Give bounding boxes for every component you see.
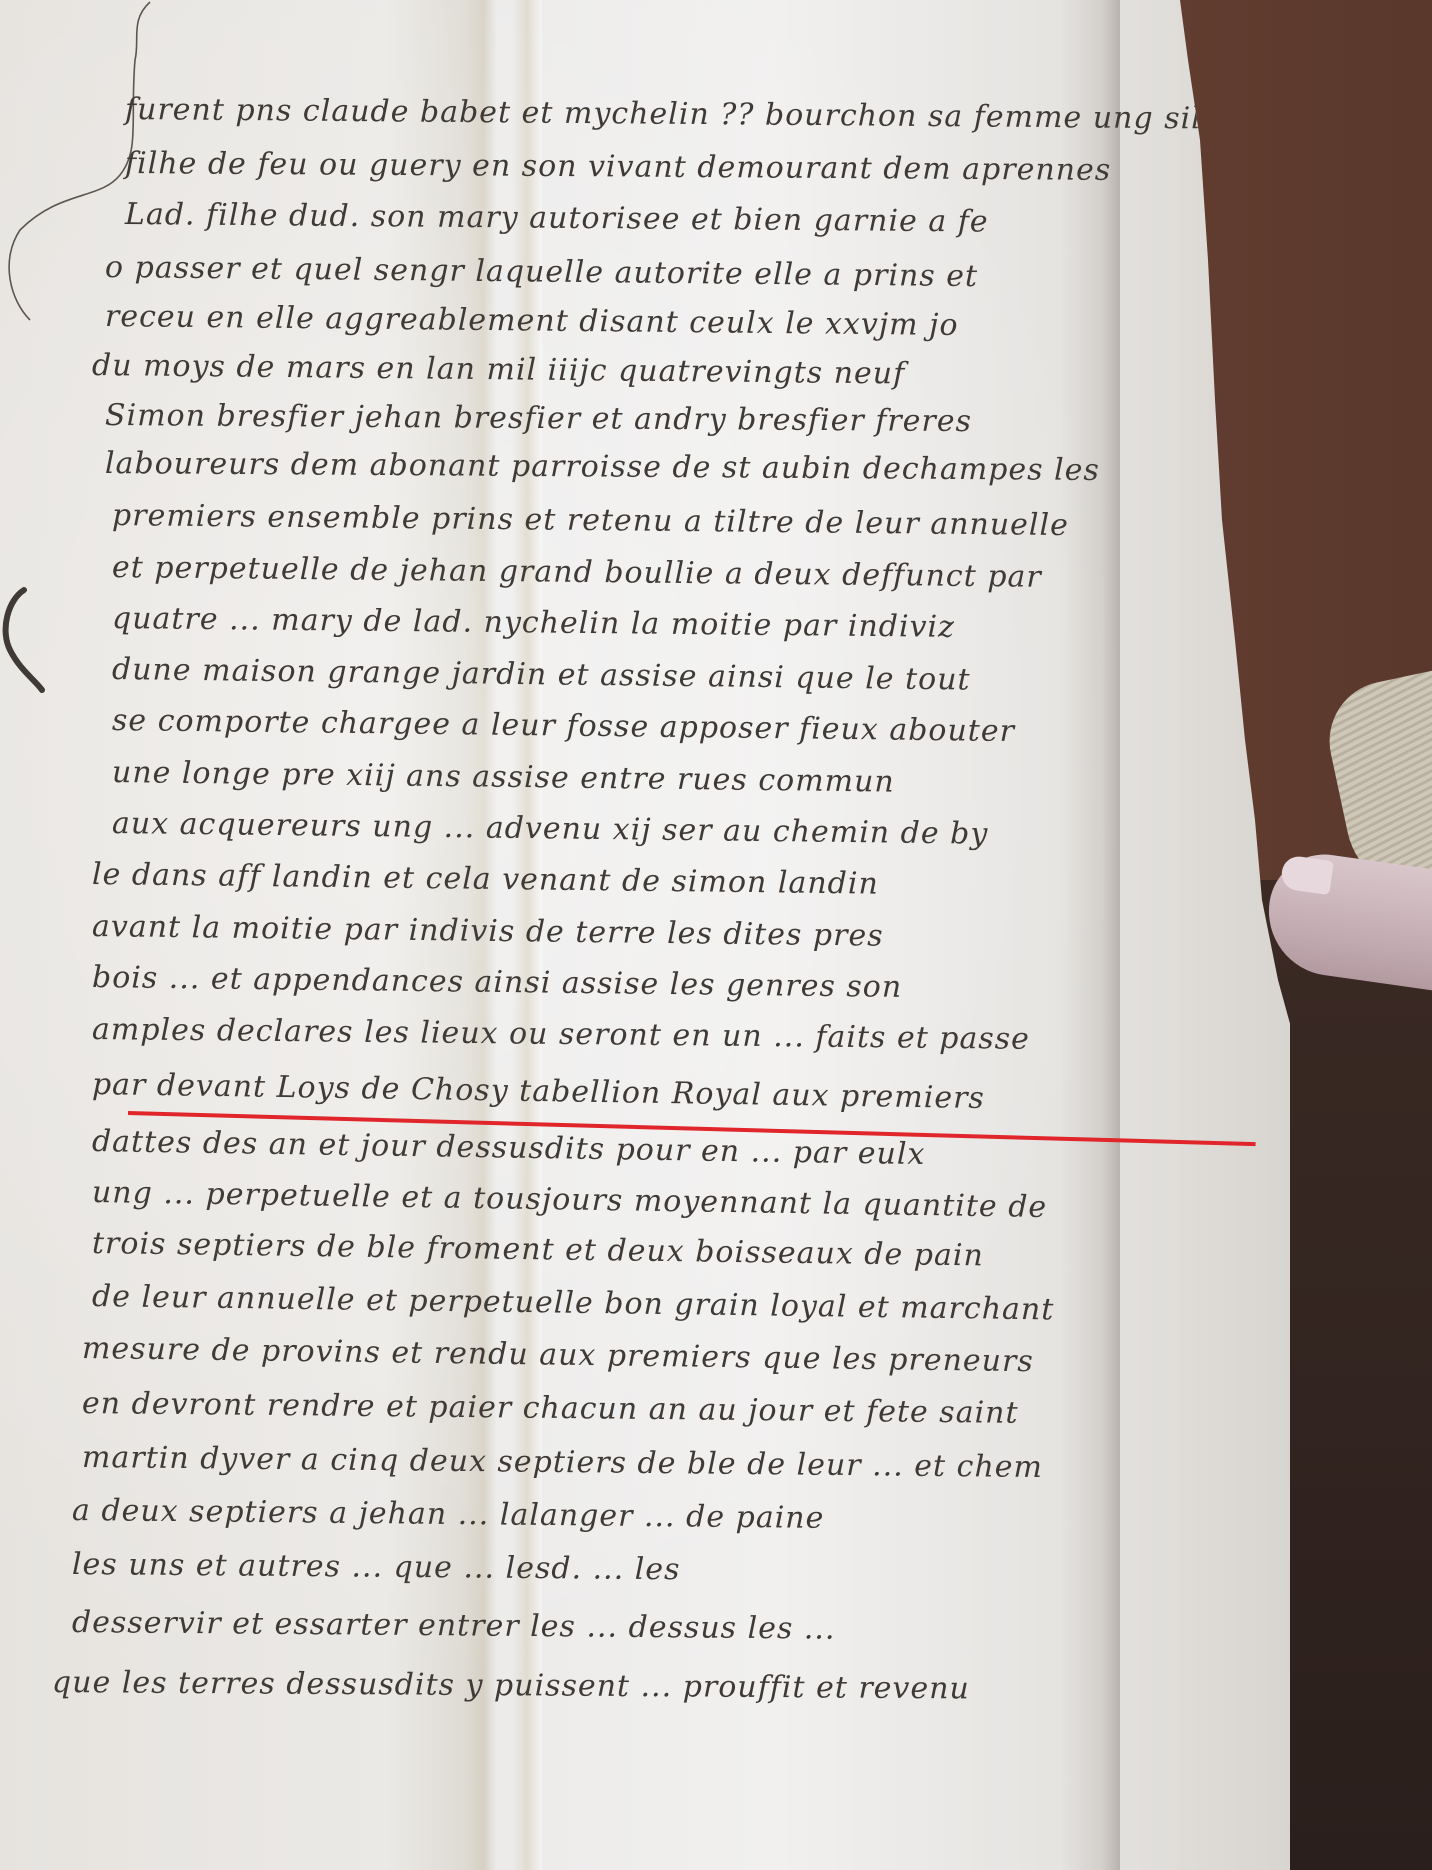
- manuscript-line: que les terres dessusdits y puissent ...…: [52, 1665, 970, 1706]
- manuscript-line: en devront rendre et paier chacun an au …: [82, 1386, 1019, 1431]
- manuscript-line: mesure de provins et rendu aux premiers …: [82, 1331, 1034, 1379]
- manuscript-line: premiers ensemble prins et retenu a tilt…: [112, 498, 1069, 543]
- manuscript-line: se comporte chargee a leur fosse apposer…: [112, 703, 1015, 749]
- manuscript-line: desservir et essarter entrer les ... des…: [72, 1605, 836, 1647]
- manuscript-line: receu en elle aggreablement disant ceulx…: [105, 299, 959, 343]
- manuscript-line: trois septiers de ble froment et deux bo…: [92, 1226, 984, 1273]
- manuscript-line: a deux septiers a jehan ... lalanger ...…: [72, 1493, 825, 1536]
- manuscript-line: avant la moitie par indivis de terre les…: [92, 909, 884, 954]
- torn-edge: [1060, 0, 1120, 1870]
- manuscript-line: de leur annuelle et perpetuelle bon grai…: [92, 1279, 1055, 1327]
- manuscript-line: Lad. filhe dud. son mary autorisee et bi…: [125, 197, 989, 240]
- manuscript-line: martin dyver a cinq deux septiers de ble…: [82, 1440, 1043, 1485]
- manuscript-line: par devant Loys de Chosy tabellion Royal…: [92, 1067, 985, 1116]
- manuscript-page: furent pns claude babet et mychelin ?? b…: [0, 0, 1290, 1870]
- manuscript-line: et perpetuelle de jehan grand boullie a …: [112, 550, 1042, 595]
- manuscript-line: du moys de mars en lan mil iiijc quatrev…: [92, 348, 906, 392]
- manuscript-line: Simon bresfier jehan bresfier et andry b…: [105, 398, 972, 439]
- manuscript-line: o passer et quel sengr laquelle autorite…: [105, 250, 978, 294]
- manuscript-line: furent pns claude babet et mychelin ?? b…: [125, 92, 1213, 136]
- manuscript-line: les uns et autres ... que ... lesd. ... …: [72, 1547, 681, 1587]
- manuscript-line: quatre ... mary de lad. nychelin la moit…: [112, 601, 955, 645]
- manuscript-line: amples declares les lieux ou seront en u…: [92, 1012, 1030, 1057]
- manuscript-line: ung ... perpetuelle et a tousjours moyen…: [92, 1175, 1048, 1225]
- fingernail: [1280, 854, 1334, 895]
- manuscript-line: dune maison grange jardin et assise ains…: [112, 652, 971, 697]
- manuscript-line: laboureurs dem abonant parroisse de st a…: [105, 446, 1100, 488]
- manuscript-line: une longe pre xiij ans assise entre rues…: [112, 755, 895, 800]
- manuscript-line: le dans aff landin et cela venant de sim…: [92, 857, 879, 902]
- manuscript-line: aux acquereurs ung ... advenu xij ser au…: [112, 806, 989, 852]
- manuscript-line: bois ... et appendances ainsi assise les…: [92, 960, 903, 1005]
- manuscript-line: filhe de feu ou guery en son vivant demo…: [125, 146, 1111, 188]
